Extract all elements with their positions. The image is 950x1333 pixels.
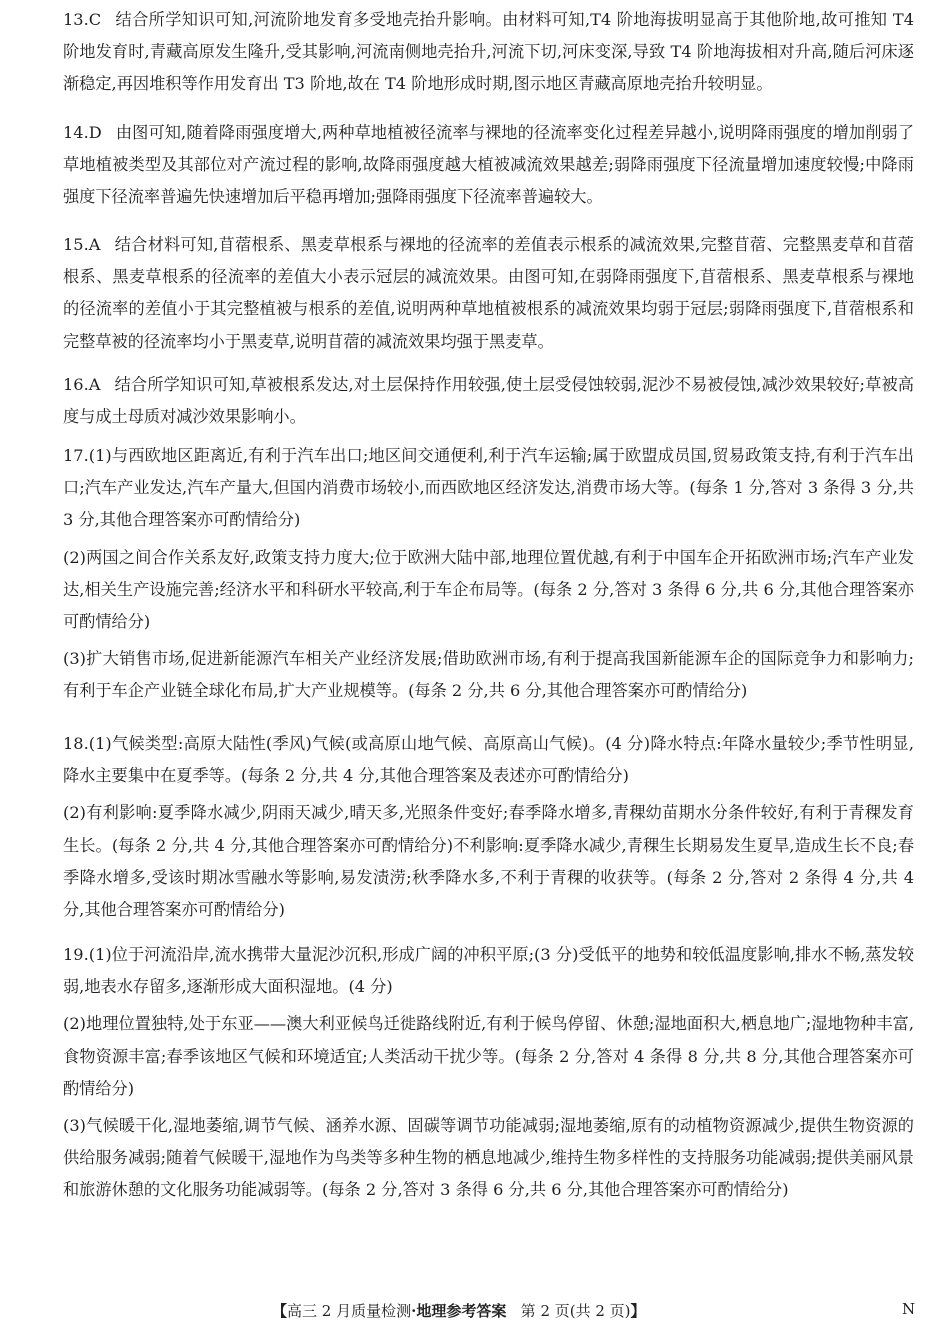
answer-16: 16.A结合所学知识可知,草被根系发达,对土层保持作用较强,使土层受侵蚀较弱,泥… [38,369,914,433]
question-number: 18. [63,734,89,753]
answer-17: 17.(1)与西欧地区距离近,有利于汽车出口;地区间交通便利,利于汽车运输;属于… [38,440,914,708]
sub-answer-1: (1)气候类型:高原大陆性(季风)气候(或高原山地气候、高原高山气候)。(4 分… [63,734,914,785]
footer-open-bracket: 【 [272,1302,287,1320]
explanation-text: 结合所学知识可知,河流阶地发育多受地壳抬升影响。由材料可知,T4 阶地海拔明显高… [63,10,914,93]
answer-13: 13.C结合所学知识可知,河流阶地发育多受地壳抬升影响。由材料可知,T4 阶地海… [38,4,914,101]
footer-version-letter: N [902,1300,915,1318]
answer-15: 15.A结合材料可知,苜蓿根系、黑麦草根系与裸地的径流率的差值表示根系的减流效果… [38,229,914,358]
sub-answer-3: (3)扩大销售市场,促进新能源汽车相关产业经济发展;借助欧洲市场,有利于提高我国… [38,643,914,707]
sub-answer-1: (1)与西欧地区距离近,有利于汽车出口;地区间交通便利,利于汽车运输;属于欧盟成… [63,446,914,529]
sub-answer-3: (3)气候暖干化,湿地萎缩,调节气候、涵养水源、固碳等调节功能减弱;湿地萎缩,原… [38,1110,914,1207]
question-number: 15. [63,235,89,254]
answer-choice: A [89,375,101,394]
answer-14: 14.D由图可知,随着降雨强度增大,两种草地植被径流率与裸地的径流率变化过程差异… [38,117,914,214]
answer-19: 19.(1)位于河流沿岸,流水携带大量泥沙沉积,形成广阔的冲积平原;(3 分)受… [38,939,914,1207]
question-number: 16. [63,375,89,394]
answer-18: 18.(1)气候类型:高原大陆性(季风)气候(或高原山地气候、高原高山气候)。(… [38,728,914,926]
explanation-text: 结合所学知识可知,草被根系发达,对土层保持作用较强,使土层受侵蚀较弱,泥沙不易被… [63,375,914,426]
question-number: 14. [63,123,89,142]
question-number: 19. [63,945,89,964]
footer-subject: 地理参考答案 [416,1302,506,1320]
answer-choice: C [89,10,101,29]
sub-answer-2: (2)两国之间合作关系友好,政策支持力度大;位于欧洲大陆中部,地理位置优越,有利… [38,542,914,639]
sub-answer-2: (2)有利影响:夏季降水减少,阴雨天减少,晴天多,光照条件变好;春季降水增多,青… [38,797,914,926]
answer-sheet-page: 13.C结合所学知识可知,河流阶地发育多受地壳抬升影响。由材料可知,T4 阶地海… [0,0,950,1333]
sub-answer-1: (1)位于河流沿岸,流水携带大量泥沙沉积,形成广阔的冲积平原;(3 分)受低平的… [63,945,914,996]
footer-exam-name: 高三 2 月质量检测 [287,1302,411,1320]
footer-title: 【高三 2 月质量检测·地理参考答案 第 2 页(共 2 页)】 [272,1300,646,1321]
answer-choice: D [89,123,102,142]
answer-choice: A [89,235,101,254]
explanation-text: 由图可知,随着降雨强度增大,两种草地植被径流率与裸地的径流率变化过程差异越小,说… [63,123,914,206]
footer-page-info: 第 2 页(共 2 页) [521,1302,631,1320]
explanation-text: 结合材料可知,苜蓿根系、黑麦草根系与裸地的径流率的差值表示根系的减流效果,完整苜… [63,235,914,351]
sub-answer-2: (2)地理位置独特,处于东亚——澳大利亚候鸟迁徙路线附近,有利于候鸟停留、休憩;… [38,1008,914,1105]
footer-close-bracket: 】 [631,1302,646,1320]
question-number: 17. [63,446,89,465]
question-number: 13. [63,10,89,29]
